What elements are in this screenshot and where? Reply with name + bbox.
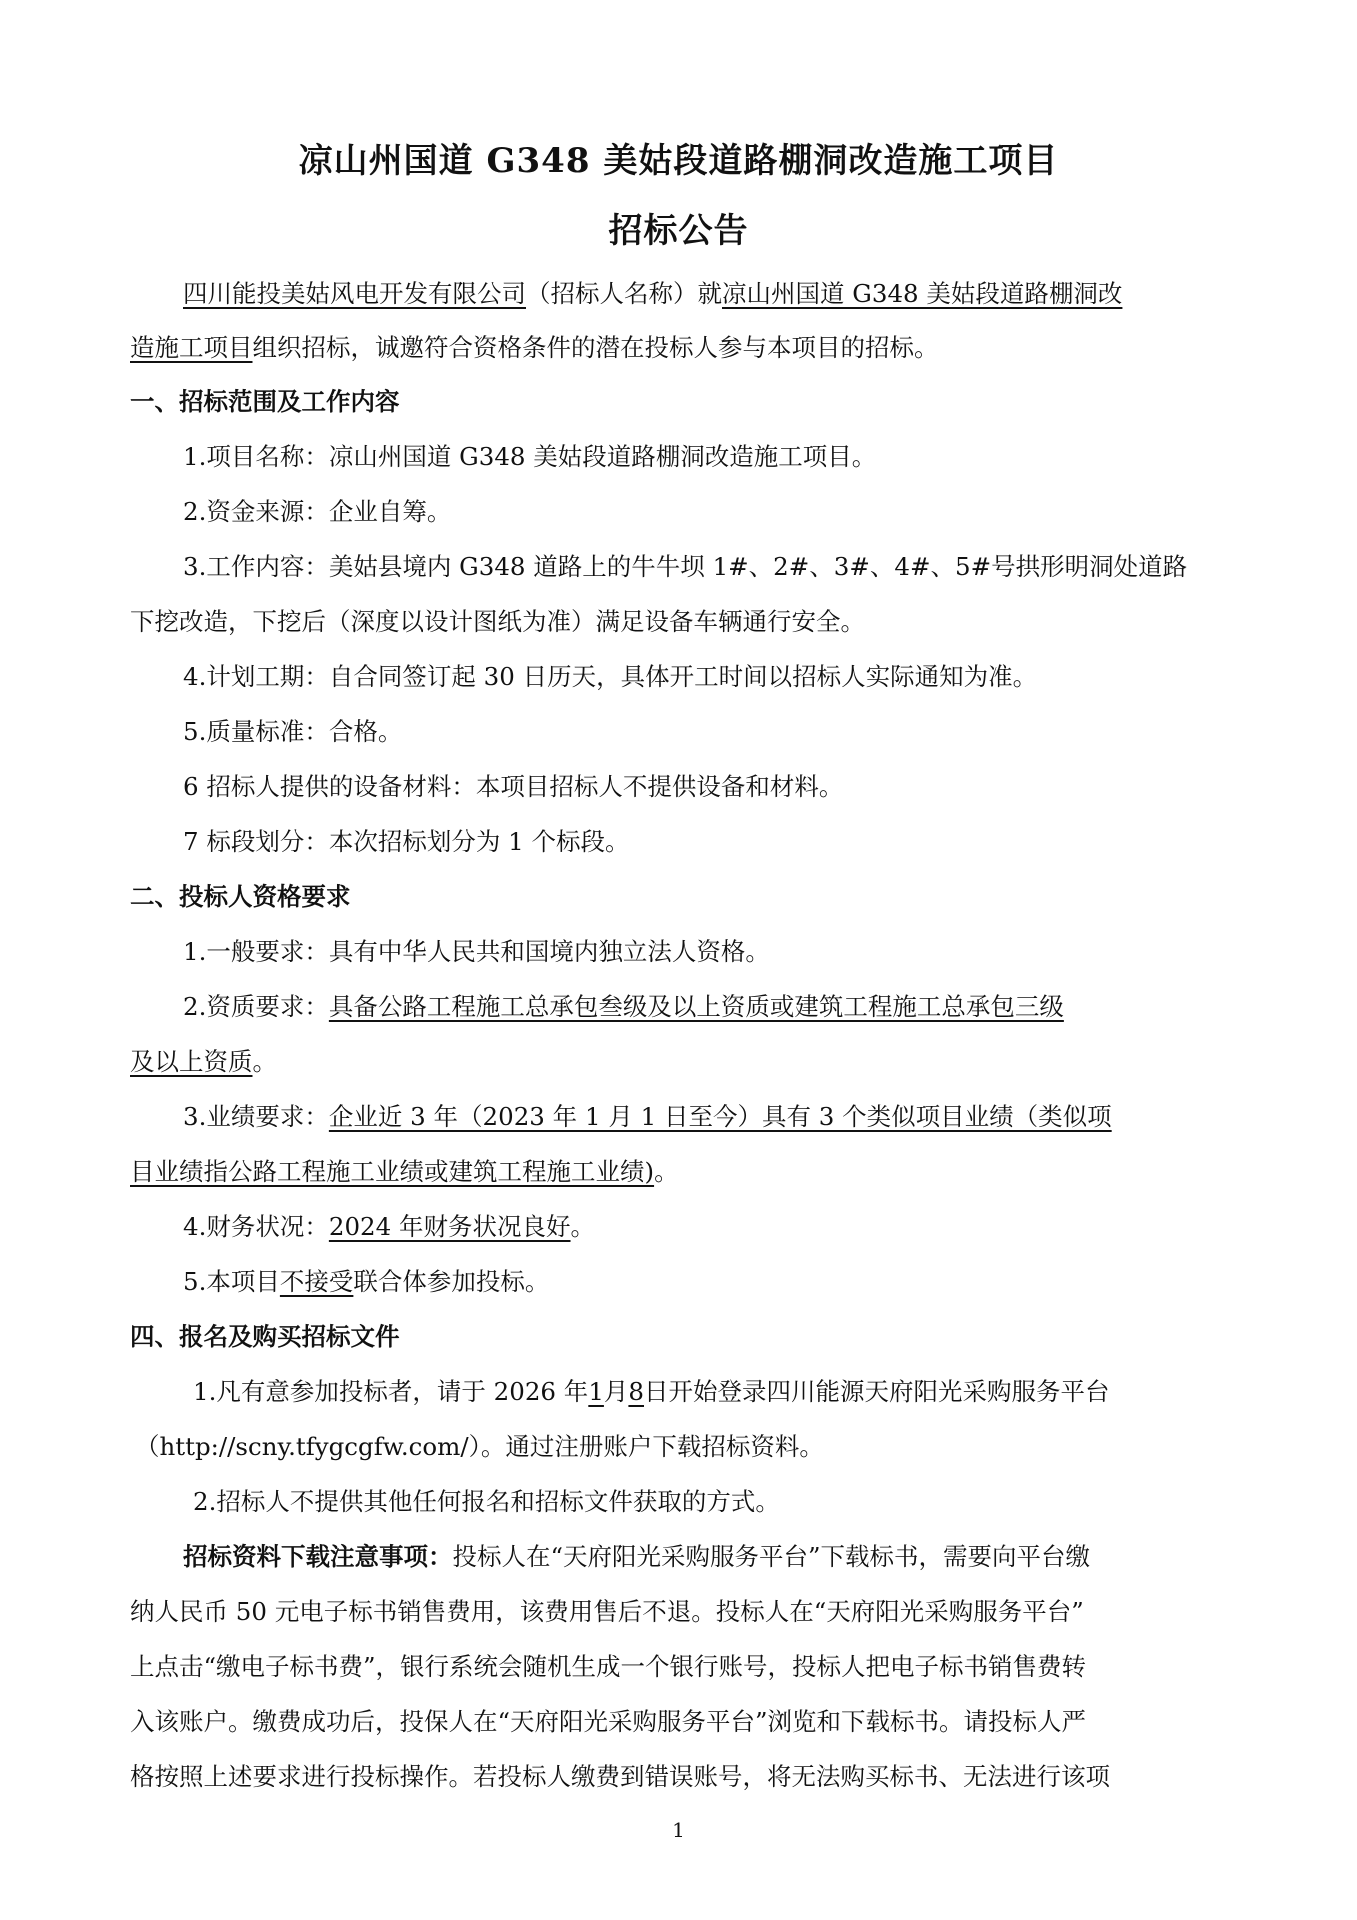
list-item-cont: 及以上资质。 <box>130 1046 1240 1078</box>
notice-label: 招标资料下载注意事项： <box>183 1542 453 1571</box>
notice-text: 投标人在“天府阳光采购服务平台”下载标书，需要向平台缴 <box>453 1542 1091 1571</box>
punctuation: 。 <box>253 1047 278 1076</box>
financial-text: 2024 年财务状况良好 <box>329 1212 571 1241</box>
list-item: 2.资金来源：企业自筹。 <box>183 496 1293 528</box>
list-item: 5.本项目不接受联合体参加投标。 <box>183 1266 1293 1298</box>
notice-paragraph: 招标资料下载注意事项：投标人在“天府阳光采购服务平台”下载标书，需要向平台缴 <box>183 1541 1293 1573</box>
item-text: 联合体参加投标。 <box>353 1267 549 1296</box>
notice-text: 纳人民币 50 元电子标书销售费用，该费用售后不退。投标人在“天府阳光采购服务平… <box>130 1596 1240 1628</box>
item-label: 4.财务状况： <box>183 1212 329 1241</box>
notice-text: 入该账户。缴费成功后，投保人在“天府阳光采购服务平台”浏览和下载标书。请投标人严 <box>130 1706 1240 1738</box>
notice-text: 上点击“缴电子标书费”，银行系统会随机生成一个银行账号，投标人把电子标书销售费转 <box>130 1651 1240 1683</box>
list-item: 3.工作内容：美姑县境内 G348 道路上的牛牛坝 1#、2#、3#、4#、5#… <box>183 551 1293 583</box>
platform-url-line: （http://scny.tfygcgfw.com/）。通过注册账户下载招标资料… <box>135 1431 1245 1463</box>
list-item: 2.资质要求：具备公路工程施工总承包叁级及以上资质或建筑工程施工总承包三级 <box>183 991 1293 1023</box>
item-text: 5.本项目 <box>183 1267 280 1296</box>
item-text: 1.凡有意参加投标者，请于 2026 年 <box>193 1377 588 1406</box>
item-label: 3.业绩要求： <box>183 1102 329 1131</box>
performance-text: 企业近 3 年（2023 年 1 月 1 日至今）具有 3 个类似项目业绩（类似… <box>329 1102 1112 1131</box>
document-subtitle: 招标公告 <box>0 203 1357 252</box>
punctuation: 。 <box>571 1212 596 1241</box>
document-page: 凉山州国道 G348 美姑段道路棚洞改造施工项目 招标公告 四川能投美姑风电开发… <box>0 0 1357 1920</box>
qualification-text: 具备公路工程施工总承包叁级及以上资质或建筑工程施工总承包三级 <box>329 992 1064 1021</box>
intro-text: 组织招标，诚邀符合资格条件的潜在投标人参与本项目的招标。 <box>253 333 939 362</box>
performance-text-cont: 目业绩指公路工程施工业绩或建筑工程施工业绩) <box>130 1157 654 1186</box>
list-item: 1.项目名称：凉山州国道 G348 美姑段道路棚洞改造施工项目。 <box>183 441 1293 473</box>
tenderer-name: 四川能投美姑风电开发有限公司 <box>183 279 526 308</box>
intro-paragraph-cont: 造施工项目组织招标，诚邀符合资格条件的潜在投标人参与本项目的招标。 <box>130 332 1240 364</box>
list-item-cont: 目业绩指公路工程施工业绩或建筑工程施工业绩)。 <box>130 1156 1240 1188</box>
intro-text: （招标人名称）就 <box>526 279 722 308</box>
item-label: 2.资质要求： <box>183 992 329 1021</box>
list-item: 1.凡有意参加投标者，请于 2026 年1月8日开始登录四川能源天府阳光采购服务… <box>193 1376 1303 1408</box>
list-item: 5.质量标准：合格。 <box>183 716 1293 748</box>
list-item: 3.业绩要求：企业近 3 年（2023 年 1 月 1 日至今）具有 3 个类似… <box>183 1101 1293 1133</box>
list-item: 6 招标人提供的设备材料：本项目招标人不提供设备和材料。 <box>183 771 1293 803</box>
section-heading-2: 二、投标人资格要求 <box>130 881 1240 913</box>
item-text: 月 <box>604 1377 629 1406</box>
list-item: 4.计划工期：自合同签订起 30 日历天，具体开工时间以招标人实际通知为准。 <box>183 661 1293 693</box>
list-item: 1.一般要求：具有中华人民共和国境内独立法人资格。 <box>183 936 1293 968</box>
qualification-text-cont: 及以上资质 <box>130 1047 253 1076</box>
project-name-cont: 造施工项目 <box>130 333 253 362</box>
list-item: 7 标段划分：本次招标划分为 1 个标段。 <box>183 826 1293 858</box>
not-accepted-text: 不接受 <box>280 1267 354 1296</box>
intro-paragraph: 四川能投美姑风电开发有限公司（招标人名称）就凉山州国道 G348 美姑段道路棚洞… <box>183 278 1293 310</box>
list-item: 2.招标人不提供其他任何报名和招标文件获取的方式。 <box>193 1486 1303 1518</box>
punctuation: 。 <box>654 1157 679 1186</box>
start-month: 1 <box>588 1377 604 1406</box>
section-heading-4: 四、报名及购买招标文件 <box>130 1321 1240 1353</box>
document-title: 凉山州国道 G348 美姑段道路棚洞改造施工项目 <box>0 133 1357 182</box>
project-name: 凉山州国道 G348 美姑段道路棚洞改 <box>722 279 1122 308</box>
section-heading-1: 一、招标范围及工作内容 <box>130 386 1240 418</box>
list-item: 4.财务状况：2024 年财务状况良好。 <box>183 1211 1293 1243</box>
item-text: 日开始登录四川能源天府阳光采购服务平台 <box>644 1377 1110 1406</box>
list-item-cont: 下挖改造，下挖后（深度以设计图纸为准）满足设备车辆通行安全。 <box>130 606 1240 638</box>
notice-text: 格按照上述要求进行投标操作。若投标人缴费到错误账号，将无法购买标书、无法进行该项 <box>130 1761 1240 1793</box>
start-day: 8 <box>628 1377 644 1406</box>
page-number: 1 <box>0 1818 1357 1842</box>
